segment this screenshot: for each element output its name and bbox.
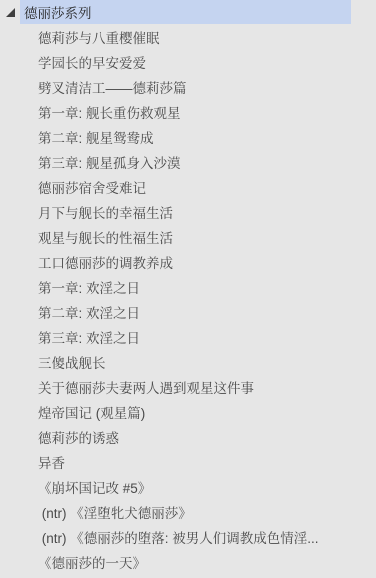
tree-item-label: 《崩坏国记改 #5》 [0,477,151,497]
tree-item-label: 工口德丽莎的调教养成 [0,252,173,272]
tree-children: 德莉莎与八重樱催眠学园长的早安爱爱劈叉清洁工——德莉莎篇第一章: 舰长重伤救观星… [0,24,376,574]
tree-item[interactable]: 关于德丽莎夫妻两人遇到观星这件事 [0,374,376,399]
tree-item-label: 第二章: 欢淫之日 [0,302,140,322]
tree-item-label: 月下与舰长的幸福生活 [0,202,173,222]
tree-item-label: 第三章: 舰星孤身入沙漠 [0,152,181,172]
tree-item-label: 德莉莎的诱惑 [0,427,119,447]
tree-item[interactable]: 德莉莎的诱惑 [0,424,376,449]
tree-item[interactable]: 第二章: 欢淫之日 [0,299,376,324]
tree-item-label: 学园长的早安爱爱 [0,52,146,72]
tree-item-label: 观星与舰长的性福生活 [0,227,173,247]
tree-item-label: 德丽莎系列 [24,2,92,22]
tree-item-label: 德莉莎与八重樱催眠 [0,27,160,47]
tree-item[interactable]: 德莉莎与八重樱催眠 [0,24,376,49]
tree-item-label: 第二章: 舰星鸳鸯成 [0,127,154,147]
tree-item[interactable]: 《崩坏国记改 #5》 [0,474,376,499]
tree-item-label: 异香 [0,452,65,472]
tree-item[interactable]: 劈叉清洁工——德莉莎篇 [0,74,376,99]
tree-item[interactable]: 第一章: 欢淫之日 [0,274,376,299]
tree-item[interactable]: 第三章: 欢淫之日 [0,324,376,349]
tree-item[interactable]: 工口德丽莎的调教养成 [0,249,376,274]
tree-item-label: (ntr) 《淫堕牝犬德丽莎》 [0,502,192,522]
tree-item[interactable]: 第三章: 舰星孤身入沙漠 [0,149,376,174]
tree-item[interactable]: (ntr) 《淫堕牝犬德丽莎》 [0,499,376,524]
tree-item-label: 第三章: 欢淫之日 [0,327,140,347]
tree-item[interactable]: 第二章: 舰星鸳鸯成 [0,124,376,149]
tree-item[interactable]: (ntr) 《德丽莎的堕落: 被男人们调教成色情淫... [0,524,376,549]
tree-item-root[interactable]: 德丽莎系列 [0,0,376,24]
tree-item-label: 煌帝国记 (观星篇) [0,402,145,422]
tree-item[interactable]: 《德丽莎的一天》 [0,549,376,574]
tree-item[interactable]: 月下与舰长的幸福生活 [0,199,376,224]
tree-item[interactable]: 煌帝国记 (观星篇) [0,399,376,424]
tree-item-label: 三傻战舰长 [0,352,106,372]
tree-item-label: 劈叉清洁工——德莉莎篇 [0,77,187,97]
tree-item-label: 第一章: 欢淫之日 [0,277,140,297]
selection-highlight: 德丽莎系列 [20,0,351,24]
tree-view-pane: 德丽莎系列 德莉莎与八重樱催眠学园长的早安爱爱劈叉清洁工——德莉莎篇第一章: 舰… [0,0,376,578]
tree-item[interactable]: 三傻战舰长 [0,349,376,374]
tree-item-label: (ntr) 《德丽莎的堕落: 被男人们调教成色情淫... [0,527,319,547]
tree-item-label: 德丽莎宿舍受难记 [0,177,146,197]
tree-item-label: 《德丽莎的一天》 [0,552,146,572]
tree-item[interactable]: 观星与舰长的性福生活 [0,224,376,249]
tree-item[interactable]: 异香 [0,449,376,474]
tree-item[interactable]: 学园长的早安爱爱 [0,49,376,74]
triangle-expanded-icon[interactable] [0,0,20,24]
tree-item-label: 关于德丽莎夫妻两人遇到观星这件事 [0,377,254,397]
tree-item-label: 第一章: 舰长重伤救观星 [0,102,181,122]
tree-item[interactable]: 德丽莎宿舍受难记 [0,174,376,199]
tree-item[interactable]: 第一章: 舰长重伤救观星 [0,99,376,124]
